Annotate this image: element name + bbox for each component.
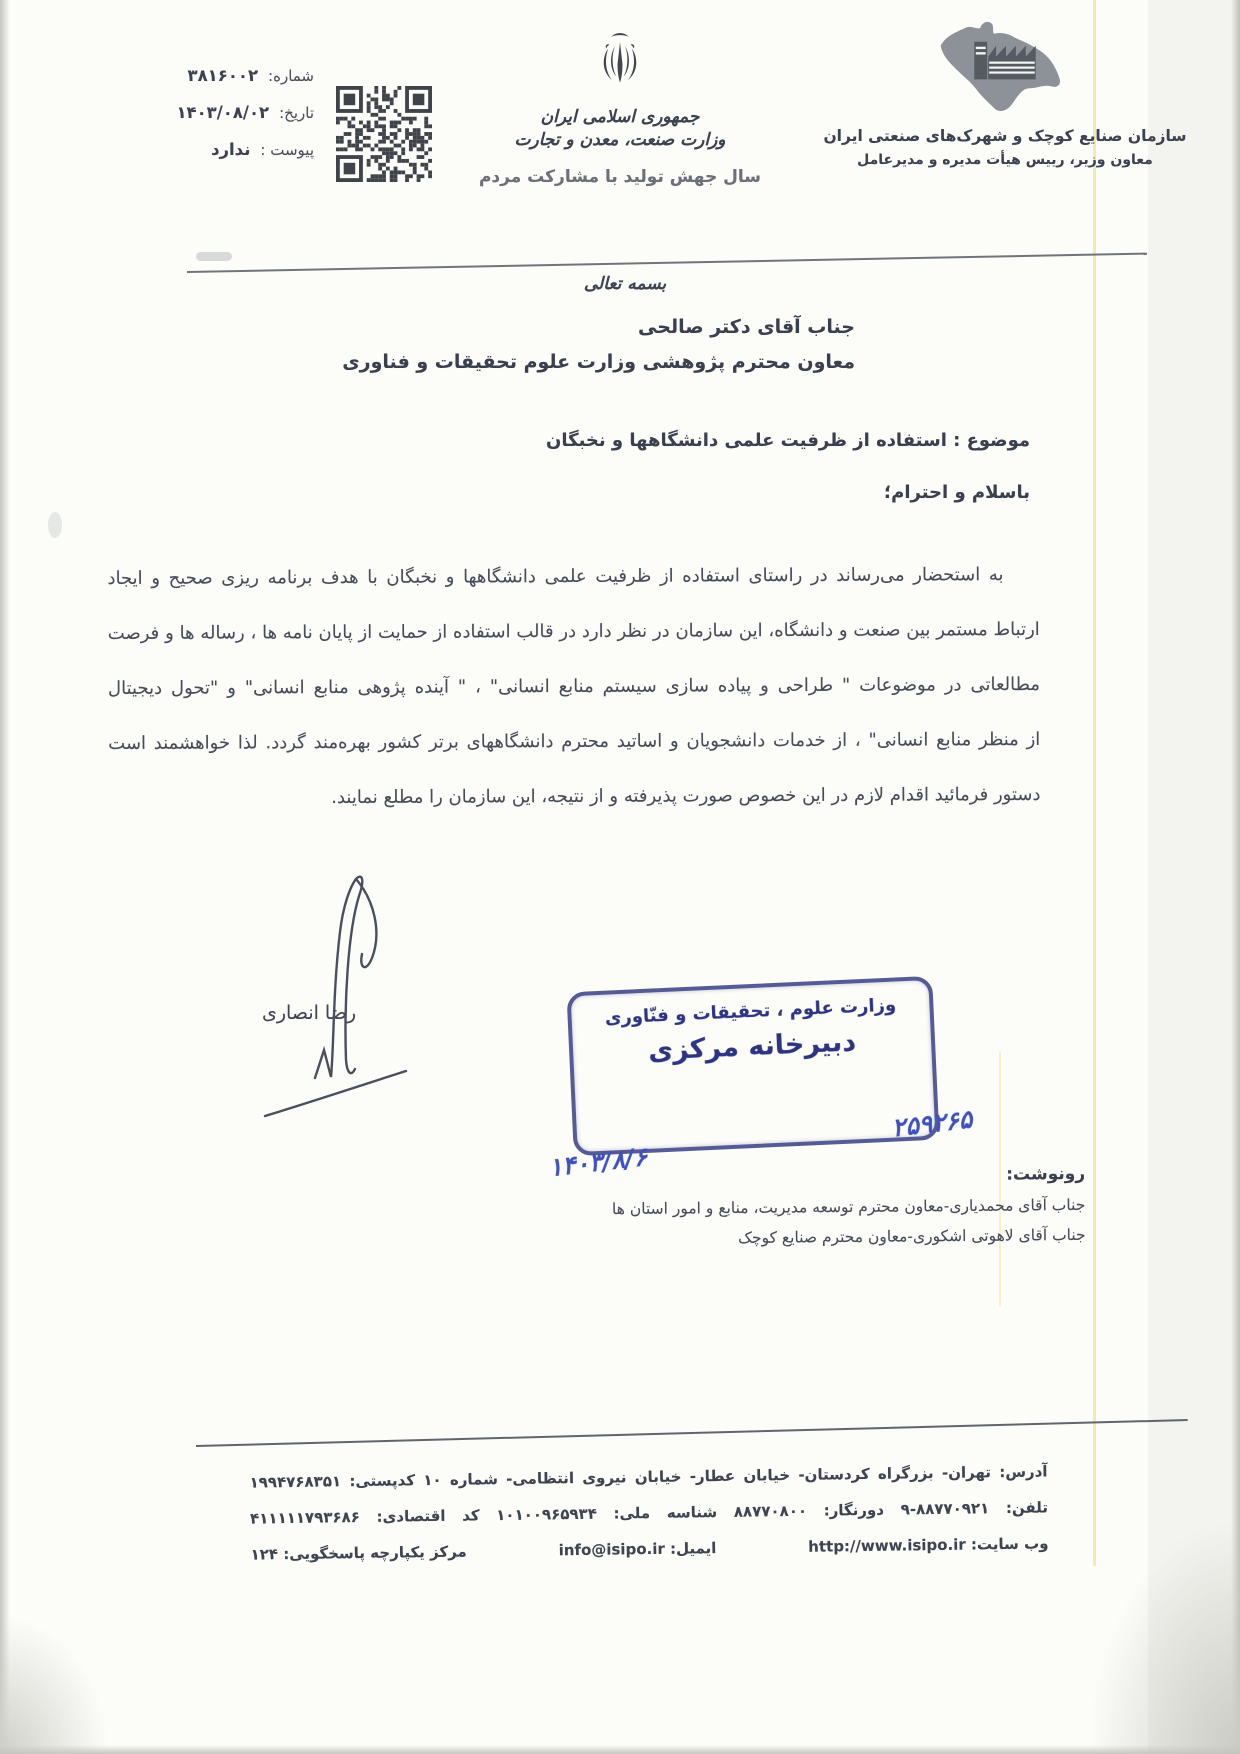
recipient-name: جناب آقای دکتر صالحی [342, 316, 855, 338]
ministry-title: وزارت صنعت، معدن و تجارت [468, 130, 772, 150]
number-value: ۳۸۱۶۰۰۲ [188, 66, 259, 85]
letter-number-row: شماره: ۳۸۱۶۰۰۲ [92, 66, 314, 85]
header-center-block: جمهوری اسلامی ایران وزارت صنعت، معدن و ت… [468, 30, 772, 187]
scan-edge-left [0, 0, 10, 1754]
scan-bottom-edge [0, 1745, 1240, 1754]
stamp-secretariat-line: دبیرخانه مرکزی [573, 1023, 932, 1070]
scan-corner-bottom-left [0, 1614, 110, 1754]
cc-block: رونوشت: جناب آقای محمدیاری-معاون محترم ت… [611, 1164, 1085, 1248]
letter-body: به استحضار می‌رساند در راستای استفاده از… [107, 547, 1040, 826]
country-title: جمهوری اسلامی ایران [468, 107, 772, 127]
footer-call-center: مرکز یکپارچه پاسخگویی: ۱۲۴ [250, 1534, 467, 1573]
number-label: شماره: [268, 67, 314, 85]
qr-code [336, 86, 432, 182]
footer-website: وب سایت: http://www.isipo.ir [808, 1525, 1049, 1564]
year-slogan: سال جهش تولید با مشارکت مردم [468, 167, 772, 187]
recipient-block: جناب آقای دکتر صالحی معاون محترم پژوهشی … [342, 316, 855, 373]
signature-scribble [243, 870, 423, 1122]
organization-role: معاون وزیر، رییس هیأت مدیره و مدیرعامل [818, 152, 1192, 168]
registry-stamp: وزارت علوم ، تحقیقات و فنّاوری دبیرخانه … [566, 976, 939, 1156]
body-line: به استحضار می‌رساند در راستای استفاده از… [107, 547, 1039, 606]
letter-attachment-row: پیوست : ندارد [92, 140, 314, 159]
body-line: از منظر منابع انسانی" ، از خدمات دانشجوی… [108, 712, 1040, 771]
salutation-line: باسلام و احترام؛ [884, 482, 1030, 503]
header-divider-line [187, 253, 1147, 273]
organization-logo-icon [818, 16, 1192, 124]
scan-smudge [48, 512, 62, 538]
national-emblem-icon [468, 30, 772, 102]
scan-edge-right [1231, 0, 1240, 1754]
letter-date-row: تاریخ: ۱۴۰۳/۰۸/۰۲ [92, 103, 314, 122]
organization-name: سازمان صنایع کوچک و شهرک‌های صنعتی ایران [818, 127, 1192, 145]
organization-block: سازمان صنایع کوچک و شهرک‌های صنعتی ایران… [818, 16, 1192, 168]
scanned-letter-page: شماره: ۳۸۱۶۰۰۲ تاریخ: ۱۴۰۳/۰۸/۰۲ پیوست :… [0, 0, 1240, 1754]
stamp-handwritten-number: ۲۵۹۲۶۵ [890, 1104, 973, 1142]
date-value: ۱۴۰۳/۰۸/۰۲ [176, 103, 269, 122]
footer-email: ایمیل: info@isipo.ir [558, 1530, 716, 1568]
attachment-label: پیوست : [260, 141, 314, 159]
body-line: ارتباط مستمر بین صنعت و دانشگاه، این ساز… [108, 602, 1040, 661]
scan-corner-bottom-right [1090, 1524, 1240, 1754]
recipient-title: معاون محترم پژوهشی وزارت علوم تحقیقات و … [342, 351, 855, 373]
footer-contact-block: آدرس: تهران- بزرگراه کردستان- خیابان عطا… [249, 1453, 1048, 1572]
body-line: دستور فرمائید اقدام لازم در این خصوص صور… [108, 767, 1040, 826]
footer-divider-line [196, 1419, 1188, 1447]
scan-yellow-line [1093, 0, 1096, 1566]
cc-label: رونوشت: [611, 1164, 1085, 1188]
body-line: مطالعاتی در موضوعات " طراحی و پیاده سازی… [108, 657, 1040, 716]
scan-right-tint [1148, 0, 1240, 1754]
besmeleh: بسمه تعالی [545, 274, 705, 294]
subject-line: موضوع : استفاده از ظرفیت علمی دانشگاهها … [546, 430, 1030, 451]
cc-item: جناب آقای محمدیاری-معاون محترم توسعه مدی… [612, 1196, 1085, 1218]
date-label: تاریخ: [279, 104, 314, 122]
scan-smudge [196, 252, 232, 261]
attachment-value: ندارد [211, 140, 250, 159]
letter-meta-block: شماره: ۳۸۱۶۰۰۲ تاریخ: ۱۴۰۳/۰۸/۰۲ پیوست :… [92, 66, 314, 177]
cc-item: جناب آقای لاهوتی اشکوری-معاون محترم صنای… [612, 1226, 1085, 1248]
